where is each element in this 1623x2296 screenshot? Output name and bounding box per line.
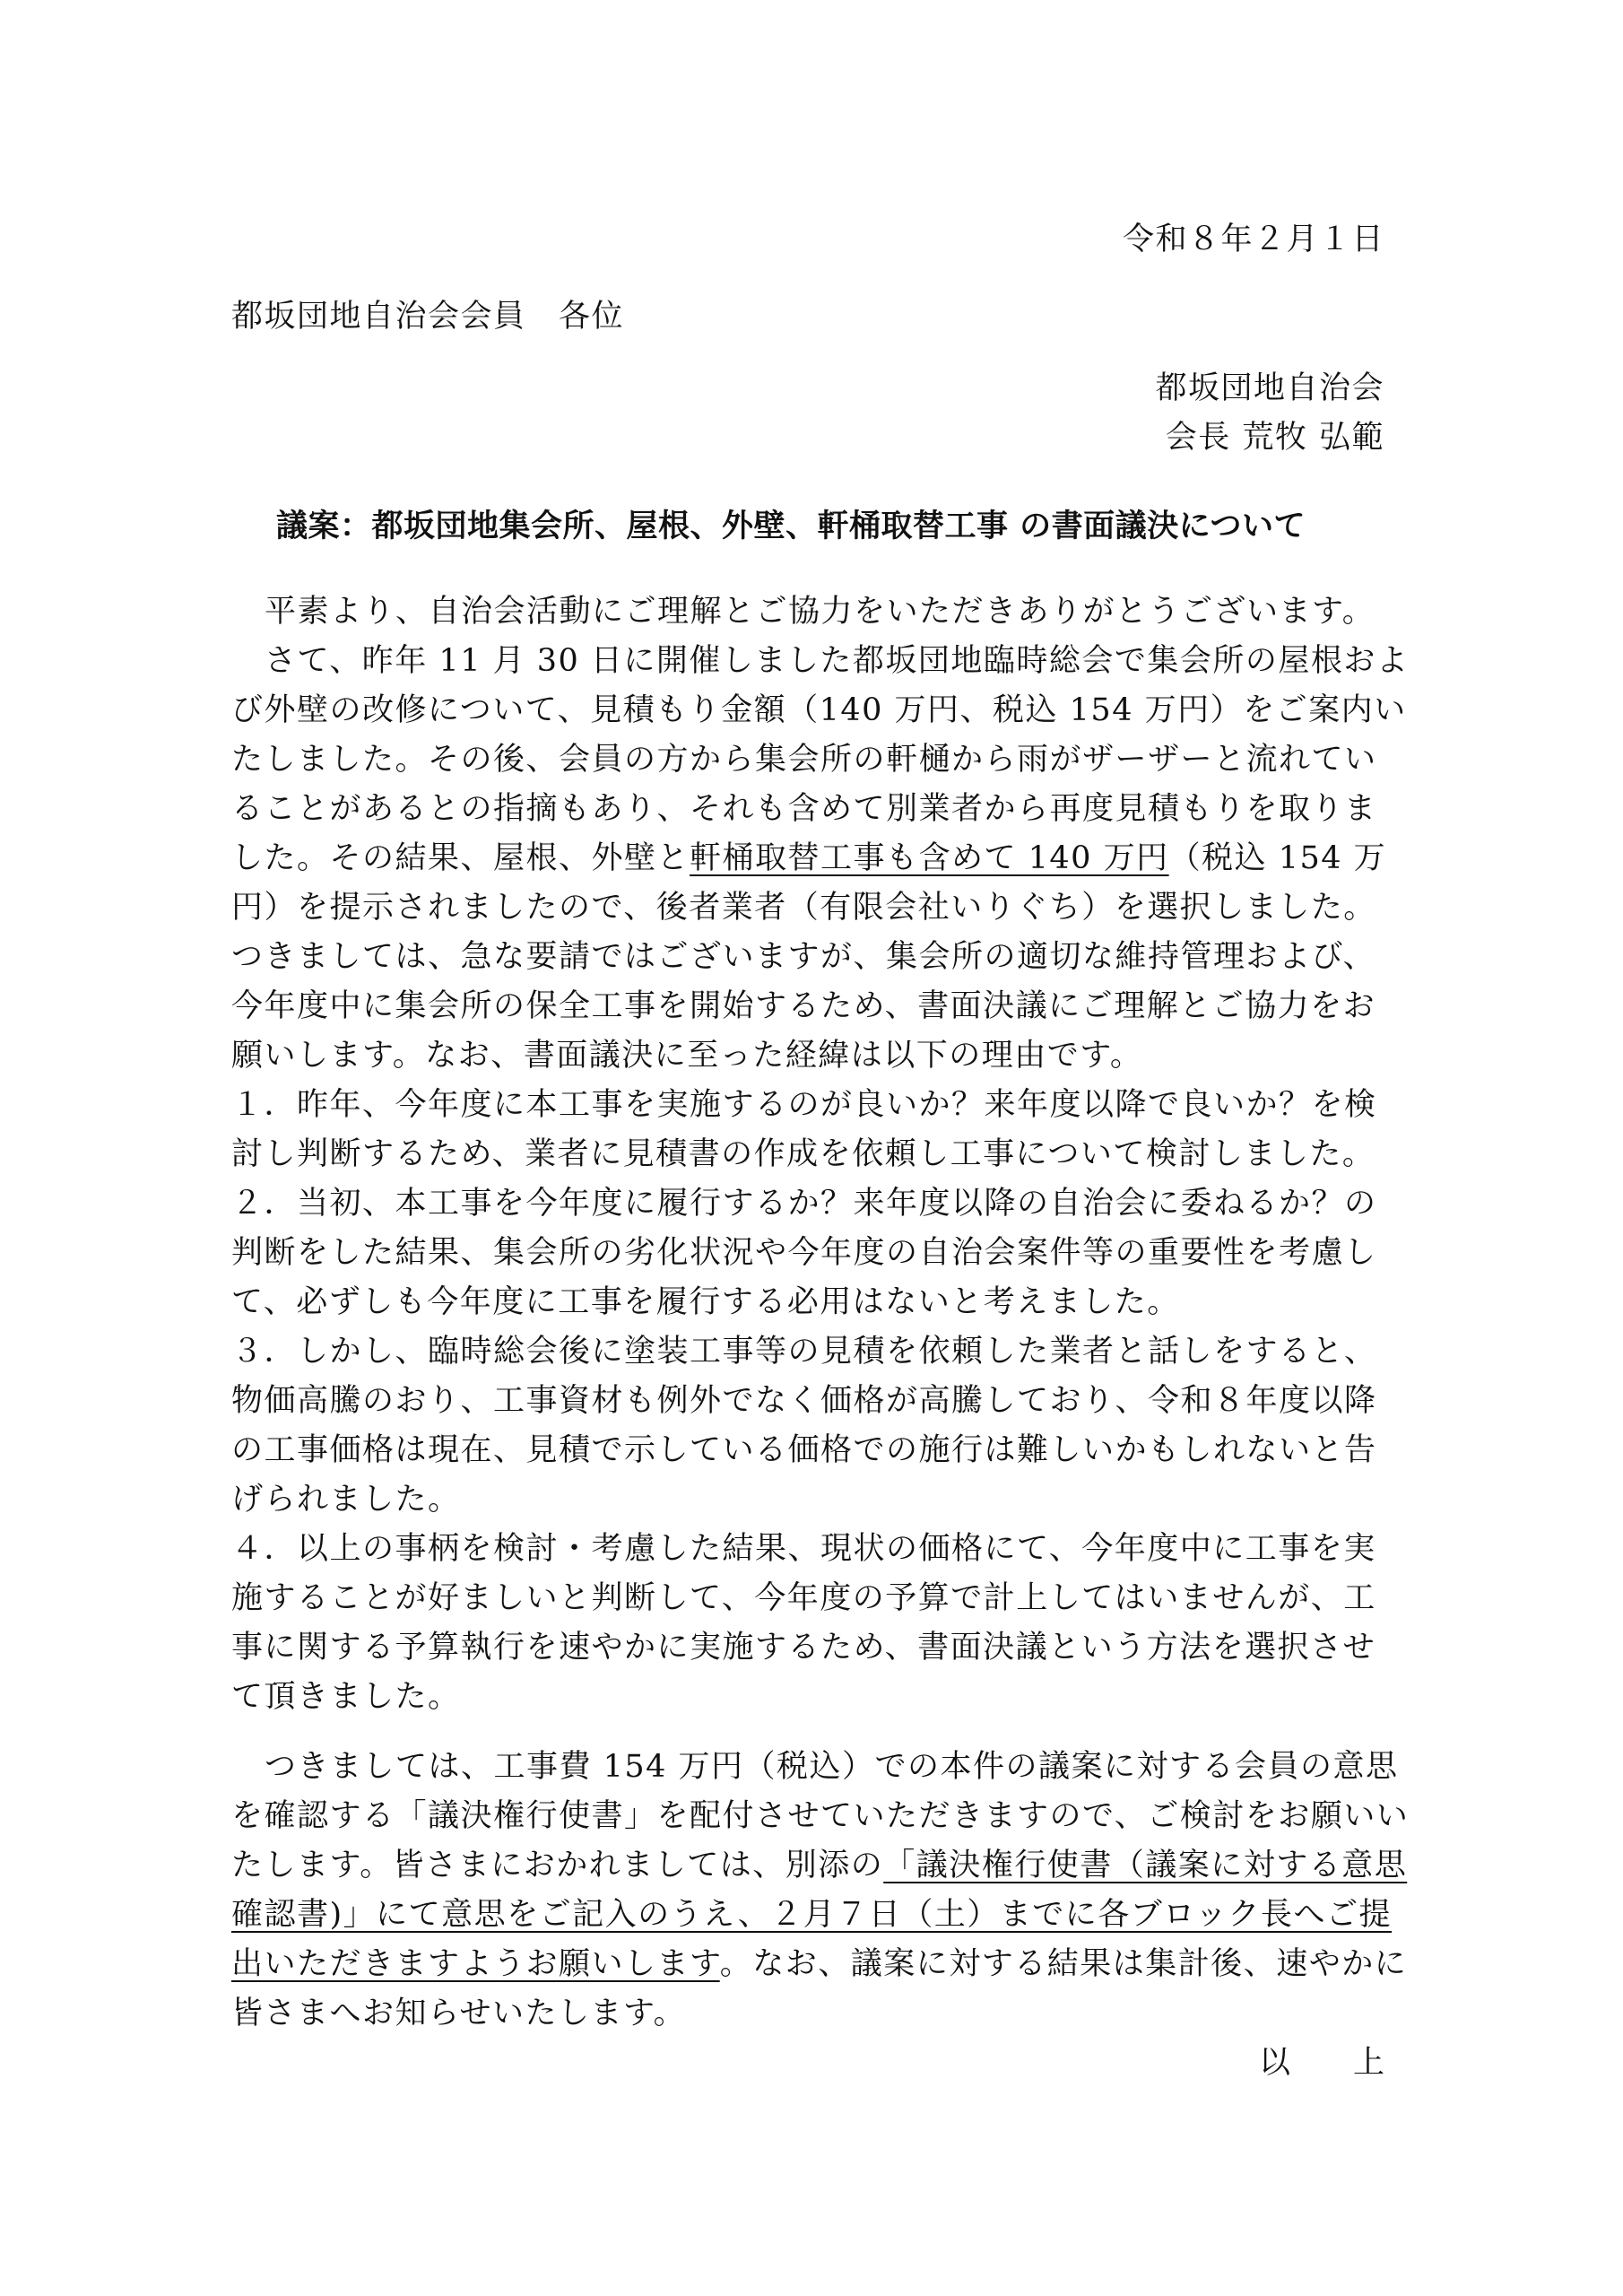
closing-mark: 以 上 (1259, 2039, 1384, 2088)
document-page: 令和８年２月１日 都坂団地自治会会員 各位 都坂団地自治会 会長 荒牧 弘範 議… (0, 0, 1623, 2296)
body-line: 皆さまへお知らせいたします。 (231, 1989, 1384, 2039)
body-line: て頂きました。 (231, 1673, 1384, 1722)
sender-president: 会長 荒牧 弘範 (1166, 413, 1384, 463)
underlined-text: 軒桶取替工事も含めて 140 万円 (690, 840, 1169, 876)
body-line: 物価高騰のおり、工事資材も例外でなく価格が高騰しており、令和８年度以降 (231, 1377, 1384, 1426)
body-text: たします。皆さまにおかれましては、別添の (231, 1848, 883, 1883)
body-line: 判断をした結果、集会所の劣化状況や今年度の自治会案件等の重要性を考慮し (231, 1229, 1384, 1278)
body-line: たしました。その後、会員の方から集会所の軒樋から雨がザーザーと流れてい (231, 735, 1384, 785)
body-line: 討し判断するため、業者に見積書の作成を依頼し工事について検討しました。 (231, 1130, 1384, 1179)
body-line: ることがあるとの指摘もあり、それも含めて別業者から再度見積もりを取りま (231, 785, 1384, 834)
underlined-text: 「議決権行使書（議案に対する意思 (883, 1848, 1407, 1883)
body-line: さて、昨年 11 月 30 日に開催しました都坂団地臨時総会で集会所の屋根およ (231, 637, 1418, 686)
reason-item-1: １．昨年、今年度に本工事を実施するのが良いか？来年度以降で良いか？を検 (231, 1081, 1384, 1130)
body-line: げられました。 (231, 1475, 1384, 1525)
body-line: び外壁の改修について、見積もり金額（140 万円、税込 154 万円）をご案内い (231, 686, 1384, 735)
body-line: つきましては、工事費 154 万円（税込）での本件の議案に対する会員の意思 (231, 1743, 1418, 1792)
underlined-text: 出いただきますようお願いします (231, 1946, 720, 1982)
body-line: を確認する「議決権行使書」を配付させていただきますので、ご検討をお願いい (231, 1792, 1384, 1841)
body-line: 施することが好ましいと判断して、今年度の予算で計上してはいませんが、工 (231, 1574, 1384, 1623)
document-date: 令和８年２月１日 (1123, 215, 1384, 265)
body-text: （税込 154 万 (1169, 840, 1387, 876)
body-line: 今年度中に集会所の保全工事を開始するため、書面決議にご理解とご協力をお (231, 982, 1384, 1031)
underlined-text: 確認書)」にて意思をご記入のうえ、２月７日（土）までに各ブロック長へご提 (231, 1897, 1392, 1933)
body-line: て、必ずしも今年度に工事を履行する必用はないと考えました。 (231, 1278, 1384, 1327)
body-line: 平素より、自治会活動にご理解とご協力をいただきありがとうございます。 (231, 587, 1418, 637)
reason-item-3: ３．しかし、臨時総会後に塗装工事等の見積を依頼した業者と話しをすると、 (231, 1327, 1384, 1377)
body-line: 出いただきますようお願いします。なお、議案に対する結果は集計後、速やかに (231, 1940, 1384, 1989)
body-line: 願いします。なお、書面議決に至った経緯は以下の理由です。 (231, 1031, 1384, 1081)
body-text: した。その結果、屋根、外壁と (231, 840, 690, 876)
addressee: 都坂団地自治会会員 各位 (231, 292, 1384, 342)
body-line: つきましては、急な要請ではございますが、集会所の適切な維持管理および、 (231, 933, 1384, 982)
body-line: 円）を提示されましたので、後者業者（有限会社いりぐち）を選択しました。 (231, 883, 1384, 933)
sender-organization: 都坂団地自治会 (1155, 364, 1384, 413)
body-line: 事に関する予算執行を速やかに実施するため、書面決議という方法を選択させ (231, 1623, 1384, 1673)
body-text: 。なお、議案に対する結果は集計後、速やかに (720, 1946, 1408, 1982)
body-line: たします。皆さまにおかれましては、別添の「議決権行使書（議案に対する意思 (231, 1841, 1384, 1891)
reason-item-2: ２．当初、本工事を今年度に履行するか？来年度以降の自治会に委ねるか？の (231, 1179, 1384, 1229)
body-line: の工事価格は現在、見積で示している価格での施行は難しいかもしれないと告 (231, 1426, 1384, 1475)
reason-item-4: ４．以上の事柄を検討・考慮した結果、現状の価格にて、今年度中に工事を実 (231, 1525, 1384, 1574)
document-title: 議案：都坂団地集会所、屋根、外壁、軒桶取替工事 の書面議決について (276, 501, 1306, 551)
body-line: 確認書)」にて意思をご記入のうえ、２月７日（土）までに各ブロック長へご提 (231, 1891, 1384, 1940)
body-line: した。その結果、屋根、外壁と軒桶取替工事も含めて 140 万円（税込 154 万 (231, 834, 1384, 883)
